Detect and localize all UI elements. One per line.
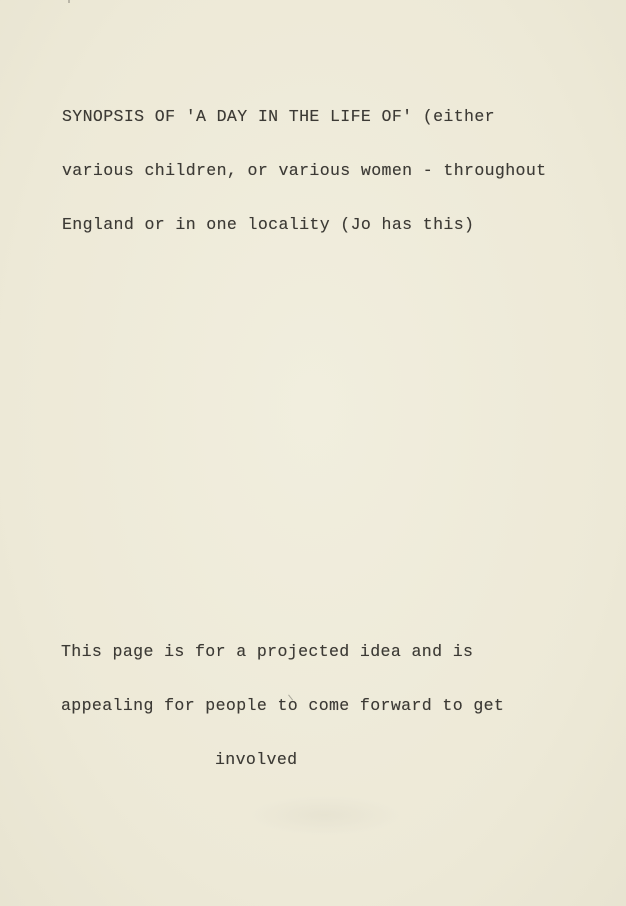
paper-smudge [250, 795, 400, 835]
synopsis-line-3: England or in one locality (Jo has this) [62, 216, 546, 234]
note-line-2: appealing for people to come forward to … [61, 697, 504, 715]
note-line-3: involved [61, 751, 504, 769]
note-line-1: This page is for a projected idea and is [61, 643, 504, 661]
synopsis-heading: SYNOPSIS OF 'A DAY IN THE LIFE OF' (eith… [62, 72, 546, 252]
projected-idea-note: This page is for a projected idea and is… [61, 607, 504, 787]
synopsis-line-2: various children, or various women - thr… [62, 162, 546, 180]
synopsis-line-1: SYNOPSIS OF 'A DAY IN THE LIFE OF' (eith… [62, 108, 546, 126]
paper-speck [68, 0, 70, 3]
